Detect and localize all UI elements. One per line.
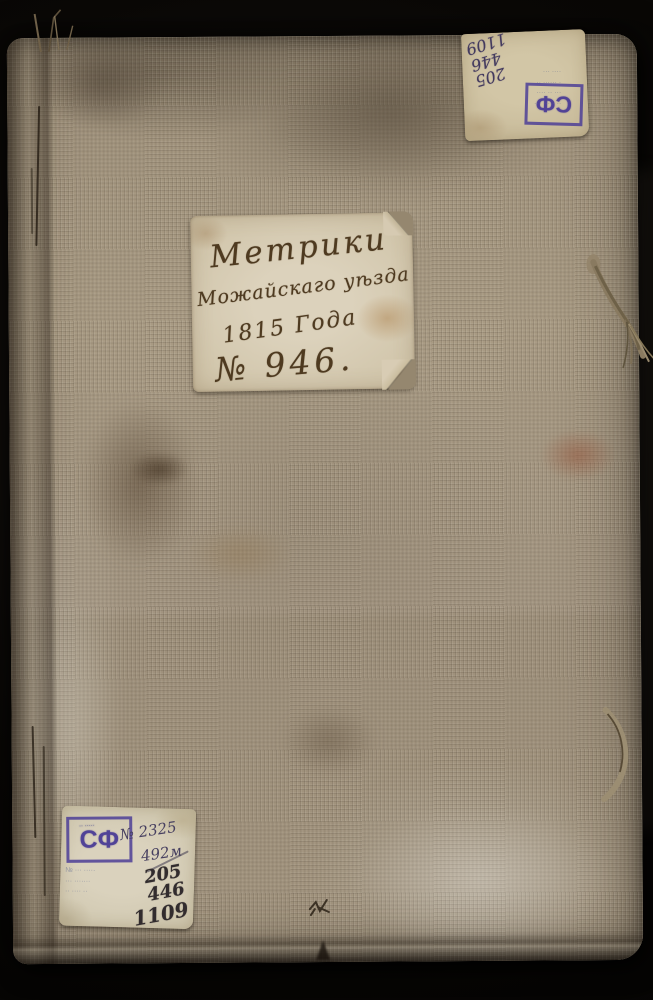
stain-below-label: [190, 526, 290, 581]
faint-line: ·· ···· ··: [65, 887, 95, 898]
faint-line: ···· ···: [534, 66, 561, 77]
stamp-header-print: ·· ·····: [79, 822, 95, 832]
bottom-edge-notch: [316, 940, 330, 960]
photo-scene: Метрики Можайскаго уѣзда 1815 Года № 946…: [0, 0, 653, 1000]
faint-stamp-print: ·· ····· ··· ··· ·· ···· · ······ ·· ···…: [534, 66, 561, 108]
ink-mark-bottom: [303, 892, 343, 920]
book-cover: Метрики Можайскаго уѣзда 1815 Года № 946…: [7, 34, 643, 964]
faint-line: № ··· ·····: [65, 866, 95, 877]
inventory-numbers: 205 446 1109: [125, 863, 190, 929]
faint-line: ··· ·· ····: [534, 87, 561, 98]
stain-mid-dark: [281, 706, 376, 777]
faint-line: ··· ·······: [65, 876, 95, 887]
faint-stamp-print: № ··· ····· ··· ······· ·· ···· ··: [65, 866, 95, 898]
inventory-numbers: 205 446 1109: [464, 30, 517, 88]
strap-loop-bottom-right: [595, 702, 642, 807]
archive-label-bottom-left: ·· ····· СФ № 2325 492м № ··· ····· ··· …: [59, 806, 196, 930]
archive-label-top-right: СФ ·· ····· ··· ··· ·· ···· · ······ ·· …: [461, 29, 589, 141]
upside-down-content: СФ ·· ····· ··· ··· ·· ···· · ······ ·· …: [461, 29, 589, 141]
stain-reddish: [540, 429, 616, 482]
frayed-tie-right: [580, 252, 653, 378]
faint-line: · ······ ··: [534, 76, 561, 87]
label-folded-corner-bottom: [382, 359, 417, 390]
frayed-threads-top-left: [21, 6, 91, 54]
book-spine: [7, 38, 59, 964]
label-folded-corner-top: [383, 211, 413, 236]
title-label: Метрики Можайскаго уѣзда 1815 Года № 946…: [190, 212, 415, 392]
faint-line: ·· ····· ···: [534, 97, 561, 108]
